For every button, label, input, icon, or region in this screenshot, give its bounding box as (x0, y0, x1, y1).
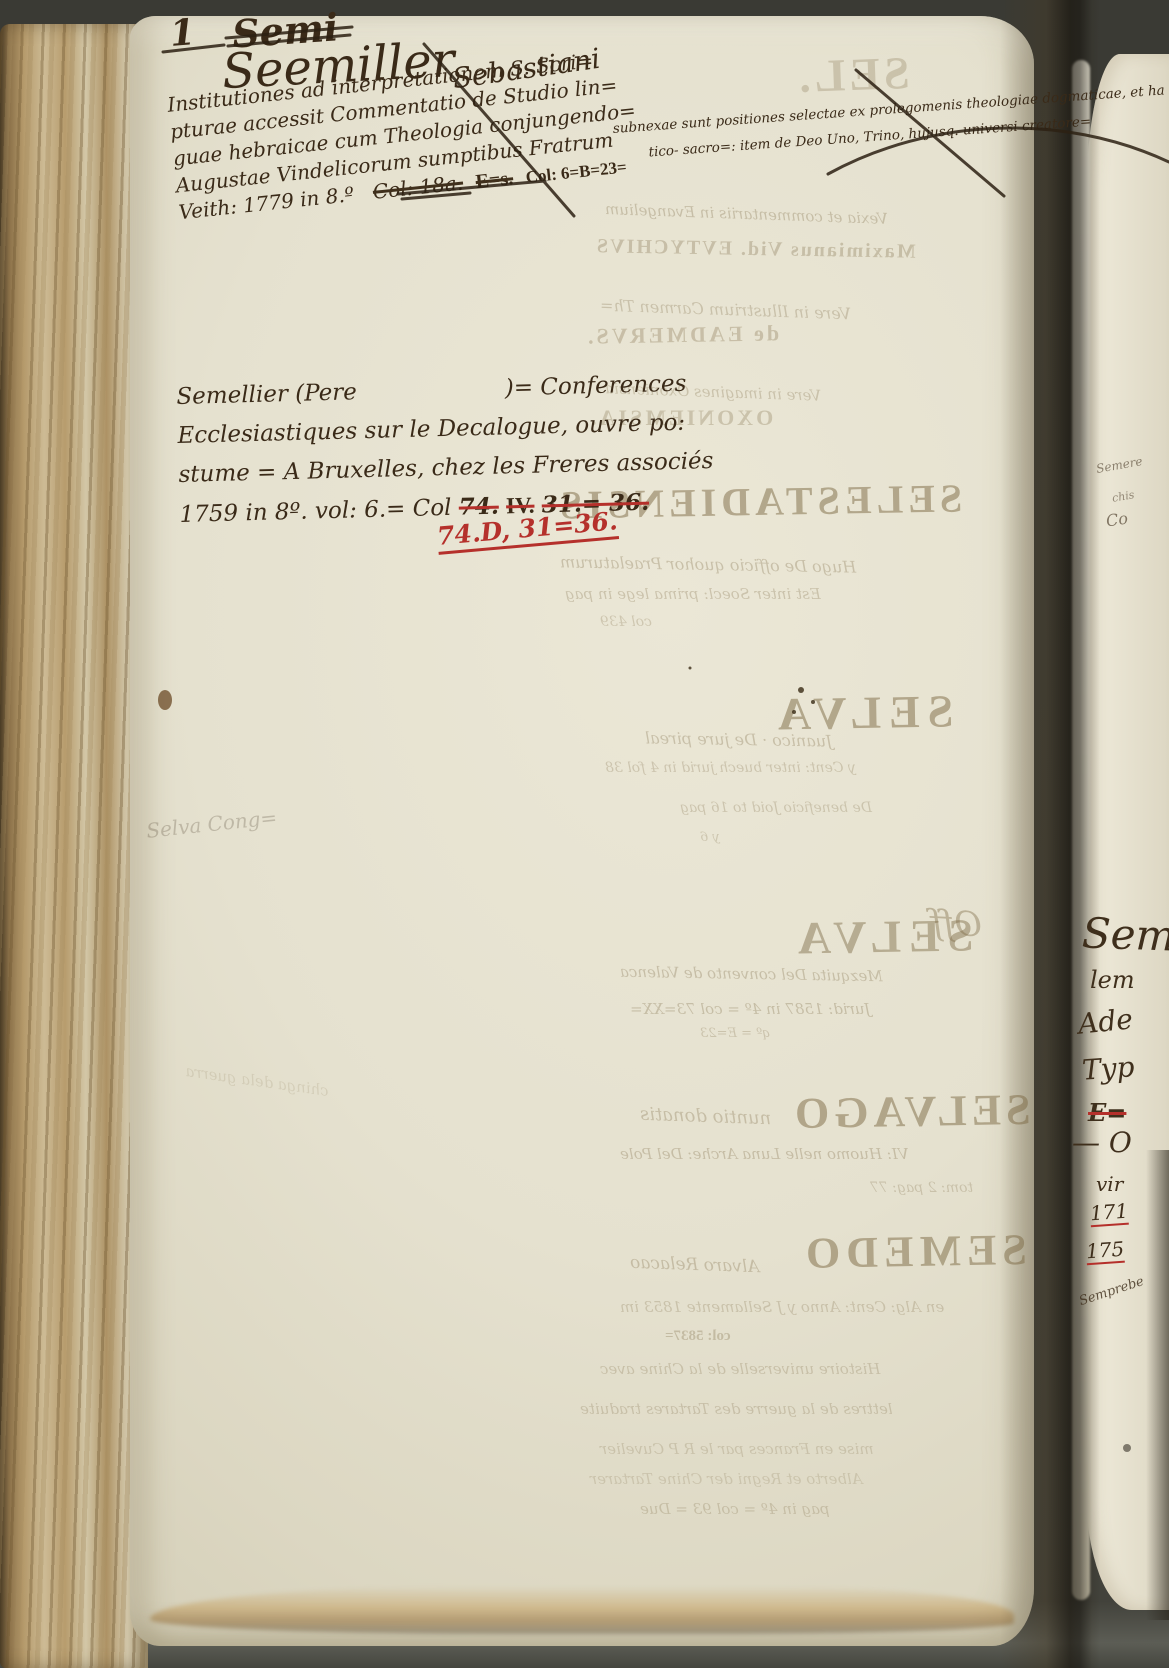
bleedthrough-line: de EADMERVS. (585, 320, 780, 349)
right-page-fragment-red-underline: 175 (1085, 1237, 1125, 1266)
right-page-fragment: — O (1072, 1126, 1132, 1159)
bleedthrough-header-semedo: SEMEDO (800, 1224, 1028, 1279)
right-page-fragment: Typ (1081, 1050, 1136, 1087)
right-page-fragment: vir (1096, 1172, 1123, 1196)
right-page-fragment-red-underline: 171 (1089, 1199, 1129, 1228)
bleedthrough-line: y 6 (700, 830, 720, 845)
entry2-imprint: 1759 in 8º. vol: 6.= Col (179, 495, 459, 528)
entry2-author: Semellier (Pere (176, 379, 357, 410)
right-page-fragment: lem (1090, 966, 1135, 994)
bleedthrough-header-selvago: SELVAGO (790, 1084, 1031, 1139)
bleedthrough-flourish: Off (929, 903, 983, 946)
bleedthrough-line: en Alg: Cent: Anno y J Sellamente 1853 i… (620, 1298, 944, 1316)
entry2-block: Semellier (Pere)= Conferences Ecclesiast… (176, 364, 715, 535)
page-edge-highlight (1072, 60, 1090, 1600)
bleedthrough-line: col: 5837= (665, 1328, 731, 1345)
bleedthrough-line: Histoire universelle de la Chine avec (600, 1360, 880, 1378)
manuscript-scan: SEL. Vexia et commentariis in Evangelium… (0, 0, 1169, 1668)
right-page-fragment: Co (1105, 509, 1129, 531)
entry2-title-start: )= Conferences (504, 371, 686, 402)
bleedthrough-line: Juanico · De jure pireal (645, 728, 833, 750)
bleedthrough-header-sel: SEL. (794, 46, 910, 103)
left-book-fore-edge (0, 24, 148, 1668)
bleedthrough-line: y Cent: inter buech jurid in 4 fol 38 (605, 760, 856, 776)
bleedthrough-line: De beneficio Joid to 16 pag (680, 800, 872, 816)
bleedthrough-line: Jurid: 1587 in 4º = col 73=XX= (630, 1000, 871, 1018)
bleedthrough-line: qº = E=23 (700, 1026, 771, 1041)
bleedthrough-line: Alberto et Regni der Chine Tartarer (590, 1470, 863, 1488)
bleedthrough-line: mise en Frances par le R P Cuvelier (600, 1440, 874, 1458)
bleedthrough-line: lettres de la guerre des Tartares tradui… (580, 1400, 893, 1418)
bleedthrough-line: tom: 2 pag: 77 (870, 1180, 973, 1196)
bleedthrough-line: pag in 4º = col 93 = Due (640, 1500, 830, 1518)
bleedthrough-line: col 439 (600, 614, 652, 630)
page-bottom-curl (150, 1586, 1014, 1634)
page-number: 1 (169, 11, 197, 55)
right-edge-shadow (1146, 1150, 1169, 1620)
right-page-fragment: Sem (1081, 908, 1169, 960)
bleedthrough-line: Est inter Soecl: prima lege in pag (565, 585, 821, 603)
right-page-fragment-red-struck: E= (1088, 1098, 1126, 1127)
bleedthrough-line: VI: Huomo nelle Luna Arche: Del Pole (620, 1145, 909, 1163)
entry1-struck-ref-2: E=s. (475, 167, 515, 193)
right-page-fragment: Ade (1076, 1002, 1134, 1041)
